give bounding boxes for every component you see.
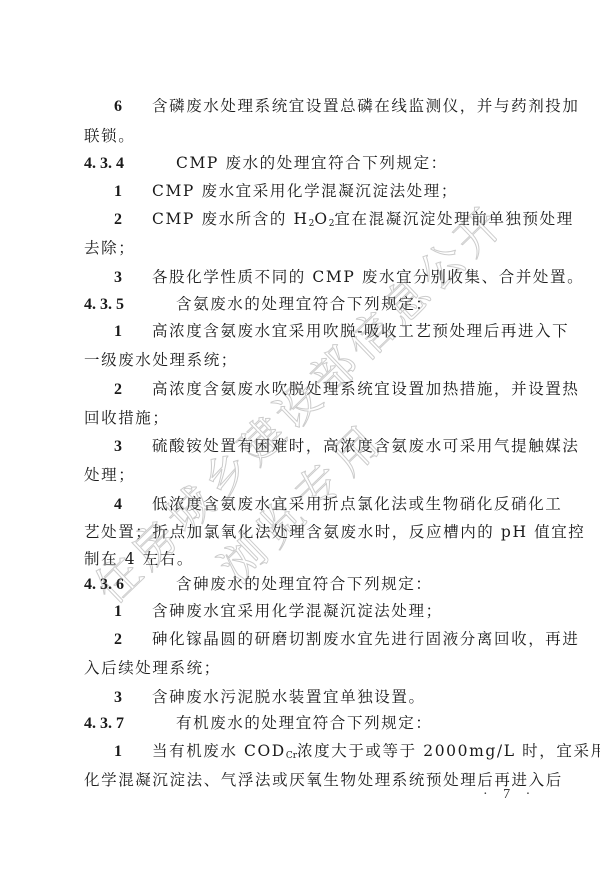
page-number: · 7 · [483, 787, 536, 803]
document-page-lower: 续处理系统； [84, 0, 529, 870]
